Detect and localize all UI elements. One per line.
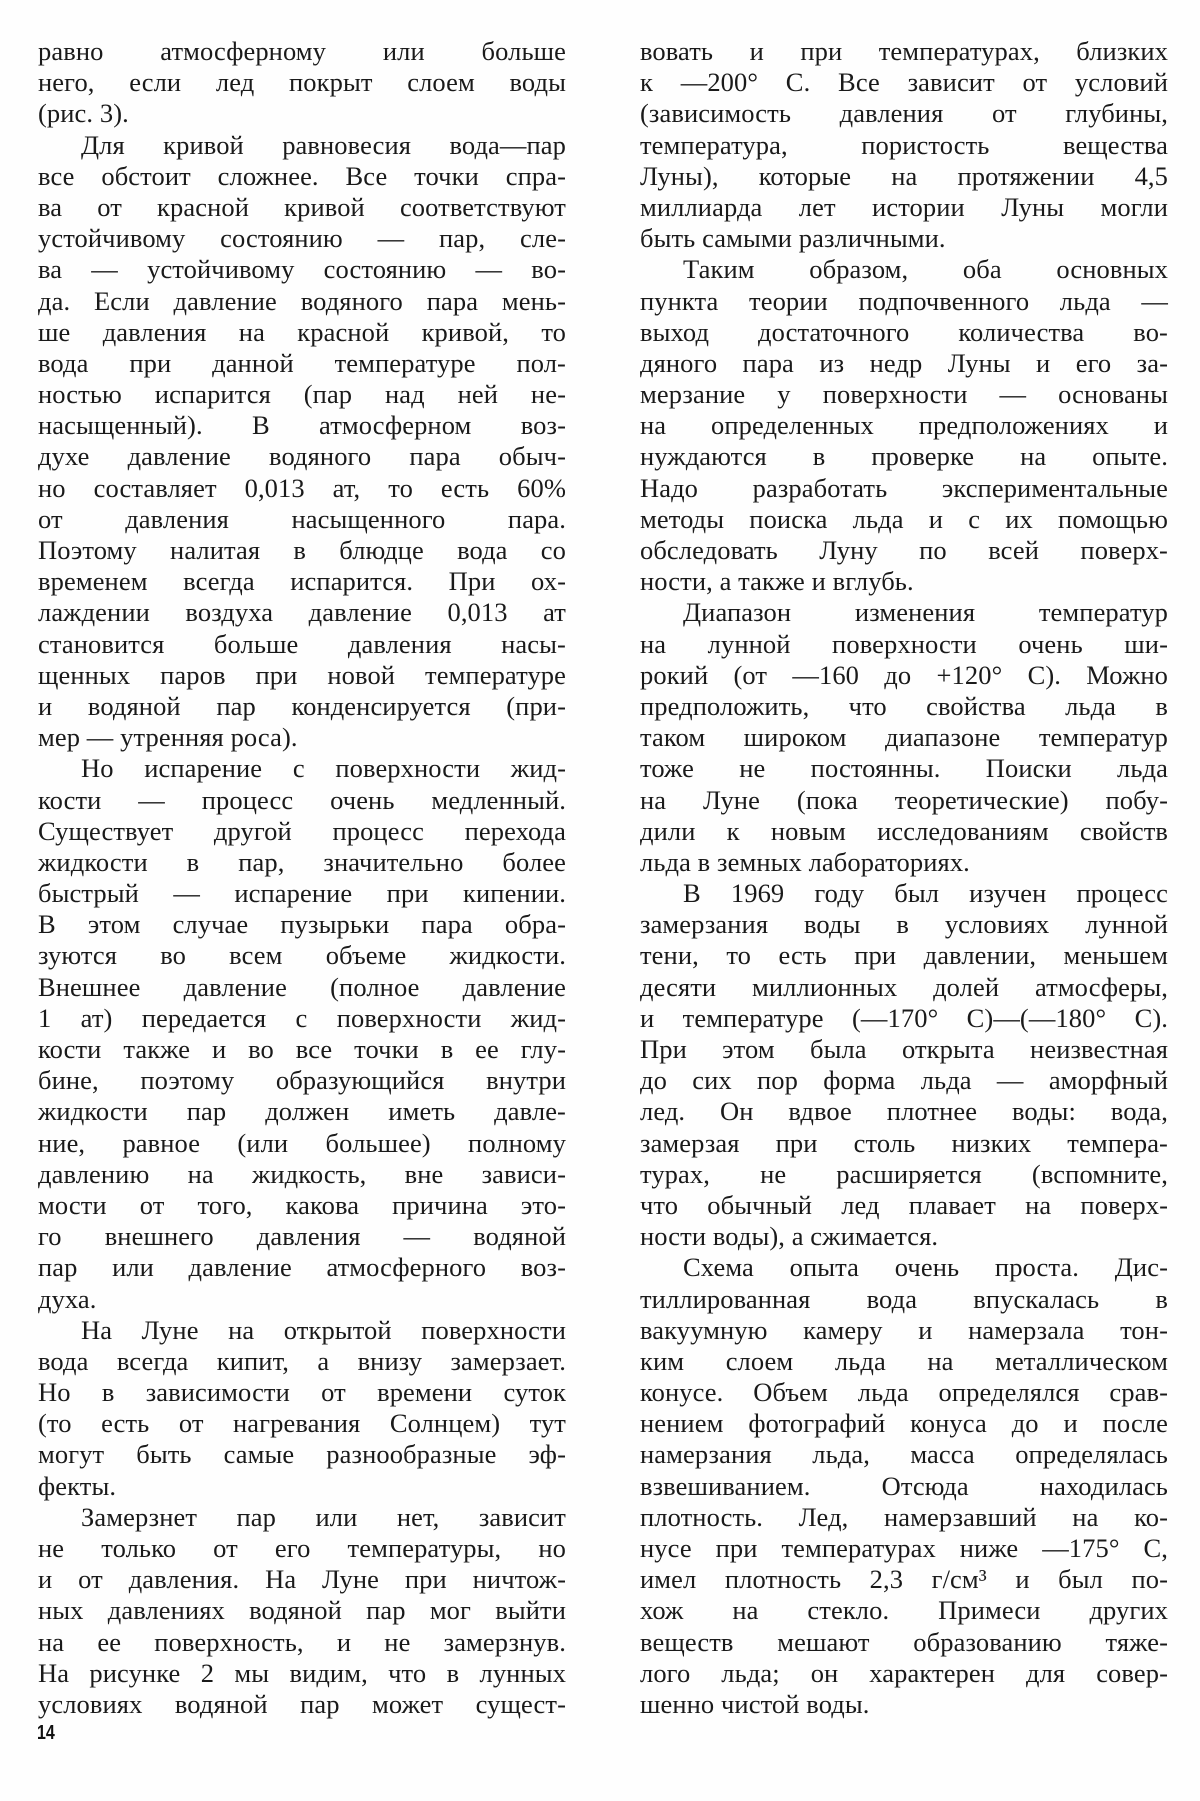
text-line: лед. Он вдвое плотнее воды: вода,: [640, 1096, 1168, 1127]
text-line: мости от того, какова причина это-: [38, 1190, 566, 1221]
text-line: но составляет 0,013 ат, то есть 60%: [38, 473, 566, 504]
text-line: фекты.: [38, 1471, 566, 1502]
text-line: до сих пор форма льда — аморфный: [640, 1065, 1168, 1096]
text-line: что обычный лед плавает на поверх-: [640, 1190, 1168, 1221]
text-line: (рис. 3).: [38, 98, 566, 129]
text-line: пар или давление атмосферного воз-: [38, 1252, 566, 1283]
text-line: духа.: [38, 1284, 566, 1315]
text-line: выход достаточного количества во-: [640, 317, 1168, 348]
text-line: ше давления на красной кривой, то: [38, 317, 566, 348]
text-line: 1 ат) передается с поверхности жид-: [38, 1003, 566, 1034]
text-line: тиллированная вода впускалась в: [640, 1284, 1168, 1315]
text-line: десяти миллионных долей атмосферы,: [640, 972, 1168, 1003]
text-line: ности, а также и вглубь.: [640, 566, 1168, 597]
text-line: на лунной поверхности очень ши-: [640, 629, 1168, 660]
text-line: намерзания льда, масса определялась: [640, 1439, 1168, 1470]
text-line: быстрый — испарение при кипении.: [38, 878, 566, 909]
text-line: взвешиванием. Отсюда находилась: [640, 1471, 1168, 1502]
paragraph-first-line: Но испарение с поверхности жид-: [38, 753, 566, 784]
text-line: таком широком диапазоне температур: [640, 722, 1168, 753]
text-line: и от давления. На Луне при ничтож-: [38, 1564, 566, 1595]
text-line: ким слоем льда на металлическом: [640, 1346, 1168, 1377]
text-line: на ее поверхность, и не замерзнув.: [38, 1627, 566, 1658]
text-line: и водяной пар конденсируется (при-: [38, 691, 566, 722]
text-line: вода всегда кипит, а внизу замерзает.: [38, 1346, 566, 1377]
text-line: кости также и во все точки в ее глу-: [38, 1034, 566, 1065]
text-line: не только от его температуры, но: [38, 1533, 566, 1564]
text-line: льда в земных лабораториях.: [640, 847, 1168, 878]
text-line: пункта теории подпочвенного льда —: [640, 286, 1168, 317]
text-line: нуждаются в проверке на опыте.: [640, 441, 1168, 472]
text-line: шенно чистой воды.: [640, 1689, 1168, 1720]
paragraph-first-line: В 1969 году был изучен процесс: [640, 878, 1168, 909]
text-line: Поэтому налитая в блюдце вода со: [38, 535, 566, 566]
paragraph-first-line: Схема опыта очень проста. Дис-: [640, 1252, 1168, 1283]
text-line: вакуумную камеру и намерзала тон-: [640, 1315, 1168, 1346]
text-line: него, если лед покрыт слоем воды: [38, 67, 566, 98]
text-line: дяного пара из недр Луны и его за-: [640, 348, 1168, 379]
text-line: жидкости в пар, значительно более: [38, 847, 566, 878]
text-line: Внешнее давление (полное давление: [38, 972, 566, 1003]
text-line: на определенных предположениях и: [640, 410, 1168, 441]
text-line: При этом была открыта неизвестная: [640, 1034, 1168, 1065]
paragraph-first-line: Таким образом, оба основных: [640, 254, 1168, 285]
text-line: условиях водяной пар может сущест-: [38, 1689, 566, 1720]
text-line: зуются во всем объеме жидкости.: [38, 940, 566, 971]
text-line: температура, пористость вещества: [640, 130, 1168, 161]
text-line: устойчивому состоянию — пар, сле-: [38, 223, 566, 254]
text-line: ва — устойчивому состоянию — во-: [38, 254, 566, 285]
text-line: плотность. Лед, намерзавший на ко-: [640, 1502, 1168, 1533]
paragraph-first-line: На Луне на открытой поверхности: [38, 1315, 566, 1346]
text-line: ности воды), а сжимается.: [640, 1221, 1168, 1252]
text-line: да. Если давление водяного пара мень-: [38, 286, 566, 317]
paragraph-first-line: Диапазон изменения температур: [640, 597, 1168, 628]
text-line: дили к новым исследованиям свойств: [640, 816, 1168, 847]
paragraph-first-line: Для кривой равновесия вода—пар: [38, 130, 566, 161]
text-column-right: вовать и при температурах, близкихк —200…: [640, 36, 1168, 1720]
text-line: Надо разработать экспериментальные: [640, 473, 1168, 504]
text-line: временем всегда испарится. При ох-: [38, 566, 566, 597]
text-line: тени, то есть при давлении, меньшем: [640, 940, 1168, 971]
paragraph-first-line: Замерзнет пар или нет, зависит: [38, 1502, 566, 1533]
text-line: (зависимость давления от глубины,: [640, 98, 1168, 129]
text-line: рокий (от —160 до +120° С). Можно: [640, 660, 1168, 691]
text-line: мерзание у поверхности — основаны: [640, 379, 1168, 410]
text-line: ние, равное (или большее) полному: [38, 1128, 566, 1159]
text-line: (то есть от нагревания Солнцем) тут: [38, 1408, 566, 1439]
text-line: равно атмосферному или больше: [38, 36, 566, 67]
text-line: конусе. Объем льда определялся срав-: [640, 1377, 1168, 1408]
text-line: щенных паров при новой температуре: [38, 660, 566, 691]
text-line: веществ мешают образованию тяже-: [640, 1627, 1168, 1658]
text-line: обследовать Луну по всей поверх-: [640, 535, 1168, 566]
text-line: насыщенный). В атмосферном воз-: [38, 410, 566, 441]
text-line: могут быть самые разнообразные эф-: [38, 1439, 566, 1470]
text-line: Но в зависимости от времени суток: [38, 1377, 566, 1408]
text-line: жидкости пар должен иметь давле-: [38, 1096, 566, 1127]
text-line: тоже не постоянны. Поиски льда: [640, 753, 1168, 784]
text-line: ва от красной кривой соответствуют: [38, 192, 566, 223]
text-line: имел плотность 2,3 г/см³ и был по-: [640, 1564, 1168, 1595]
text-line: замерзая при столь низких темпера-: [640, 1128, 1168, 1159]
text-line: давлению на жидкость, вне зависи-: [38, 1159, 566, 1190]
text-line: Луны), которые на протяжении 4,5: [640, 161, 1168, 192]
text-line: быть самыми различными.: [640, 223, 1168, 254]
text-line: лаждении воздуха давление 0,013 ат: [38, 597, 566, 628]
text-line: хож на стекло. Примеси других: [640, 1595, 1168, 1626]
text-line: ных давлениях водяной пар мог выйти: [38, 1595, 566, 1626]
text-line: становится больше давления насы-: [38, 629, 566, 660]
text-line: замерзания воды в условиях лунной: [640, 909, 1168, 940]
text-line: мер — утренняя роса).: [38, 722, 566, 753]
text-line: от давления насыщенного пара.: [38, 504, 566, 535]
page-number: 14: [37, 1722, 55, 1745]
text-line: к —200° С. Все зависит от условий: [640, 67, 1168, 98]
text-line: на Луне (пока теоретические) побу-: [640, 785, 1168, 816]
book-page: равно атмосферному или большенего, если …: [0, 0, 1200, 1801]
text-line: В этом случае пузырьки пара обра-: [38, 909, 566, 940]
text-line: На рисунке 2 мы видим, что в лунных: [38, 1658, 566, 1689]
text-line: кости — процесс очень медленный.: [38, 785, 566, 816]
text-line: турах, не расширяется (вспомните,: [640, 1159, 1168, 1190]
text-line: нением фотографий конуса до и после: [640, 1408, 1168, 1439]
text-line: предположить, что свойства льда в: [640, 691, 1168, 722]
text-line: все обстоит сложнее. Все точки спра-: [38, 161, 566, 192]
text-column-left: равно атмосферному или большенего, если …: [38, 36, 566, 1720]
text-line: нусе при температурах ниже —175° С,: [640, 1533, 1168, 1564]
text-line: лого льда; он характерен для совер-: [640, 1658, 1168, 1689]
text-line: методы поиска льда и с их помощью: [640, 504, 1168, 535]
text-line: духе давление водяного пара обыч-: [38, 441, 566, 472]
text-line: и температуре (—170° С)—(—180° С).: [640, 1003, 1168, 1034]
text-line: бине, поэтому образующийся внутри: [38, 1065, 566, 1096]
text-line: вовать и при температурах, близких: [640, 36, 1168, 67]
text-line: Существует другой процесс перехода: [38, 816, 566, 847]
text-line: вода при данной температуре пол-: [38, 348, 566, 379]
text-line: ностью испарится (пар над ней не-: [38, 379, 566, 410]
text-line: миллиарда лет истории Луны могли: [640, 192, 1168, 223]
text-line: го внешнего давления — водяной: [38, 1221, 566, 1252]
